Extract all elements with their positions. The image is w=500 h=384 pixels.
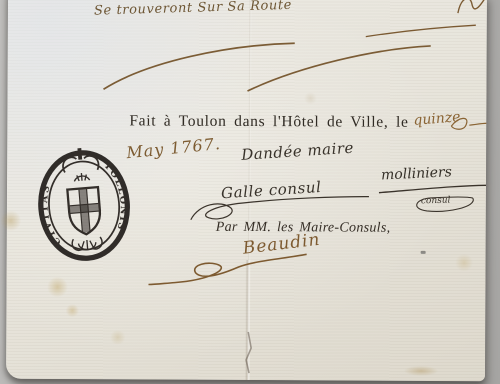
document-paper: CIVITAS TOLLONIS Se trouveront Sur Sa Ro… [6, 0, 487, 381]
civitas-tollonis-seal: CIVITAS TOLLONIS [31, 140, 136, 266]
signature-molliniers-note: consul [421, 196, 451, 207]
beaudin-signature-swash [148, 253, 306, 285]
molliniers-underline [379, 185, 487, 194]
consul-signature-flourish [191, 196, 369, 221]
pen-flourish-curve-right [247, 45, 430, 92]
paper-tear-bottom [246, 332, 251, 373]
pen-flourish-top-right [458, 0, 485, 13]
seal-text-tollonis: TOLLONIS [101, 159, 131, 234]
seal-cross-horizontal [70, 207, 99, 209]
signature-molliniers: molliniers [381, 164, 452, 183]
pen-dash-top-right [366, 25, 476, 38]
printed-made-at-line: Fait à Toulon dans l'Hôtel de Ville, le [129, 112, 408, 131]
seal-palmette [74, 172, 90, 181]
seal-text-civitas: CIVITAS [37, 181, 64, 249]
photo-background: CIVITAS TOLLONIS Se trouveront Sur Sa Ro… [0, 0, 500, 384]
